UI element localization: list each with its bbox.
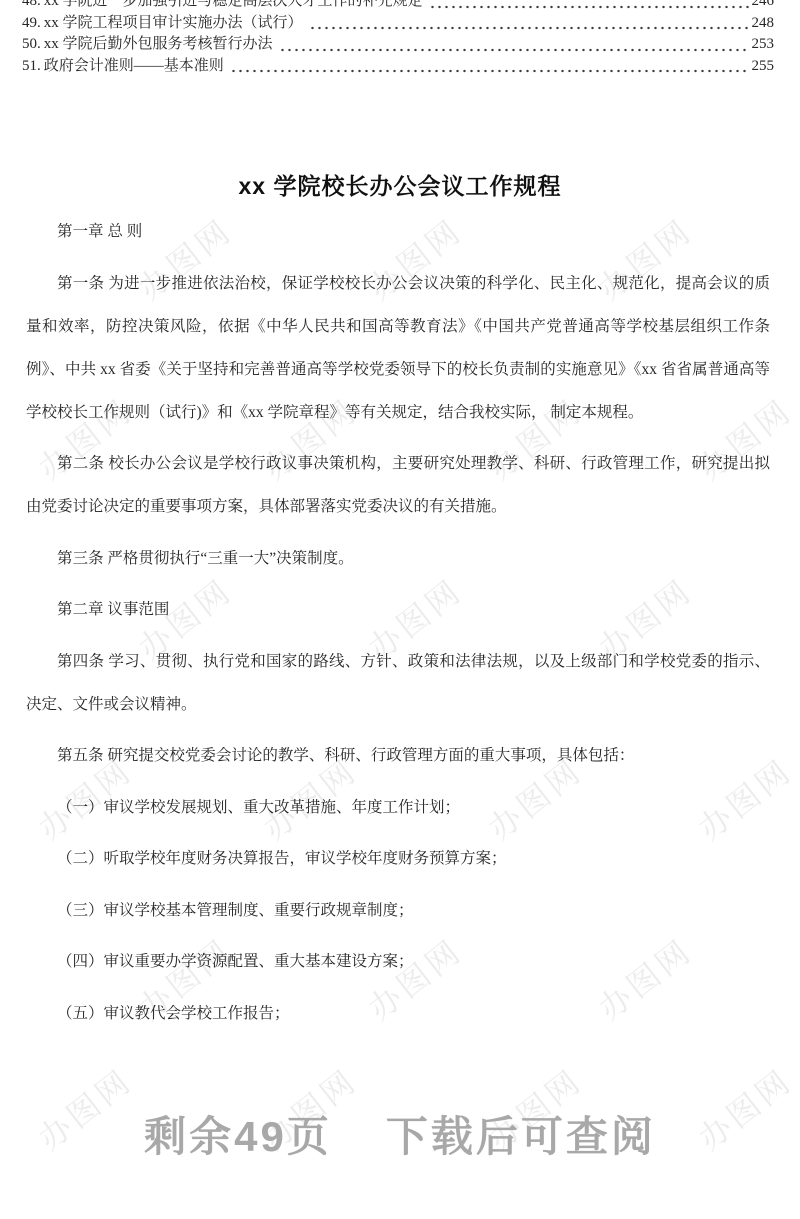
toc-entry: 51.政府会计准则——基本准则 255 bbox=[22, 56, 774, 78]
document-page: 办图网办图网办图网办图网办图网办图网办图网办图网办图网办图网办图网办图网办图网办… bbox=[0, 0, 800, 1219]
toc-dot-leader bbox=[230, 56, 749, 78]
table-of-contents: 48.xx 学院进一步加强引进与稳定高层次人才工作的补充规定24649.xx 学… bbox=[22, 0, 774, 77]
body-paragraph: 第二条 校长办公会议是学校行政议事决策机构，主要研究处理教学、科研、行政管理工作… bbox=[26, 442, 770, 528]
toc-entry-title: 政府会计准则——基本准则 bbox=[44, 56, 224, 78]
toc-entry-title: xx 学院进一步加强引进与稳定高层次人才工作的补充规定 bbox=[44, 0, 423, 13]
body-paragraph: （三）审议学校基本管理制度、重要行政规章制度； bbox=[26, 889, 770, 932]
remaining-pages-text: 剩余49页 bbox=[144, 1112, 332, 1162]
body-paragraph: 第五条 研究提交校党委会讨论的教学、科研、行政管理方面的重大事项，具体包括： bbox=[26, 734, 770, 777]
toc-entry: 49.xx 学院工程项目审计实施办法（试行）248 bbox=[22, 13, 774, 35]
toc-entry: 50.xx 学院后勤外包服务考核暂行办法253 bbox=[22, 34, 774, 56]
body-paragraph: 第一条 为进一步推进依法治校，保证学校校长办公会议决策的科学化、民主化、规范化，… bbox=[26, 262, 770, 434]
chapter-heading: 第二章 议事范围 bbox=[26, 588, 770, 631]
toc-page-number: 255 bbox=[752, 56, 775, 78]
chapter-heading: 第一章 总 则 bbox=[26, 210, 770, 253]
page-content: 48.xx 学院进一步加强引进与稳定高层次人才工作的补充规定24649.xx 学… bbox=[0, 0, 800, 1035]
toc-dot-leader bbox=[309, 13, 749, 35]
toc-page-number: 246 bbox=[752, 0, 775, 13]
document-title: xx 学院校长办公会议工作规程 bbox=[0, 169, 800, 203]
toc-page-number: 253 bbox=[752, 34, 775, 56]
toc-entry: 48.xx 学院进一步加强引进与稳定高层次人才工作的补充规定246 bbox=[22, 0, 774, 13]
download-hint-text: 下载后可查阅 bbox=[386, 1112, 656, 1162]
toc-entry-title: xx 学院后勤外包服务考核暂行办法 bbox=[44, 34, 273, 56]
toc-entry-number: 48. bbox=[22, 0, 41, 13]
body-paragraph: 第三条 严格贯彻执行“三重一大”决策制度。 bbox=[26, 537, 770, 580]
body-paragraph: 第四条 学习、贯彻、执行党和国家的路线、方针、政策和法律法规，以及上级部门和学校… bbox=[26, 640, 770, 726]
body-paragraph: （二）听取学校年度财务决算报告，审议学校年度财务预算方案； bbox=[26, 837, 770, 880]
body-paragraph: （一）审议学校发展规划、重大改革措施、年度工作计划； bbox=[26, 786, 770, 829]
toc-entry-title: xx 学院工程项目审计实施办法（试行） bbox=[44, 13, 303, 35]
remaining-pages-banner: 剩余49页 下载后可查阅 bbox=[0, 1112, 800, 1162]
toc-dot-leader bbox=[429, 0, 749, 13]
toc-page-number: 248 bbox=[752, 13, 775, 35]
toc-entry-number: 49. bbox=[22, 13, 41, 35]
toc-entry-number: 51. bbox=[22, 56, 41, 78]
document-body: 第一章 总 则第一条 为进一步推进依法治校，保证学校校长办公会议决策的科学化、民… bbox=[26, 210, 770, 1035]
toc-dot-leader bbox=[279, 34, 749, 56]
toc-entry-number: 50. bbox=[22, 34, 41, 56]
body-paragraph: （五）审议教代会学校工作报告； bbox=[26, 992, 770, 1035]
body-paragraph: （四）审议重要办学资源配置、重大基本建设方案； bbox=[26, 940, 770, 983]
